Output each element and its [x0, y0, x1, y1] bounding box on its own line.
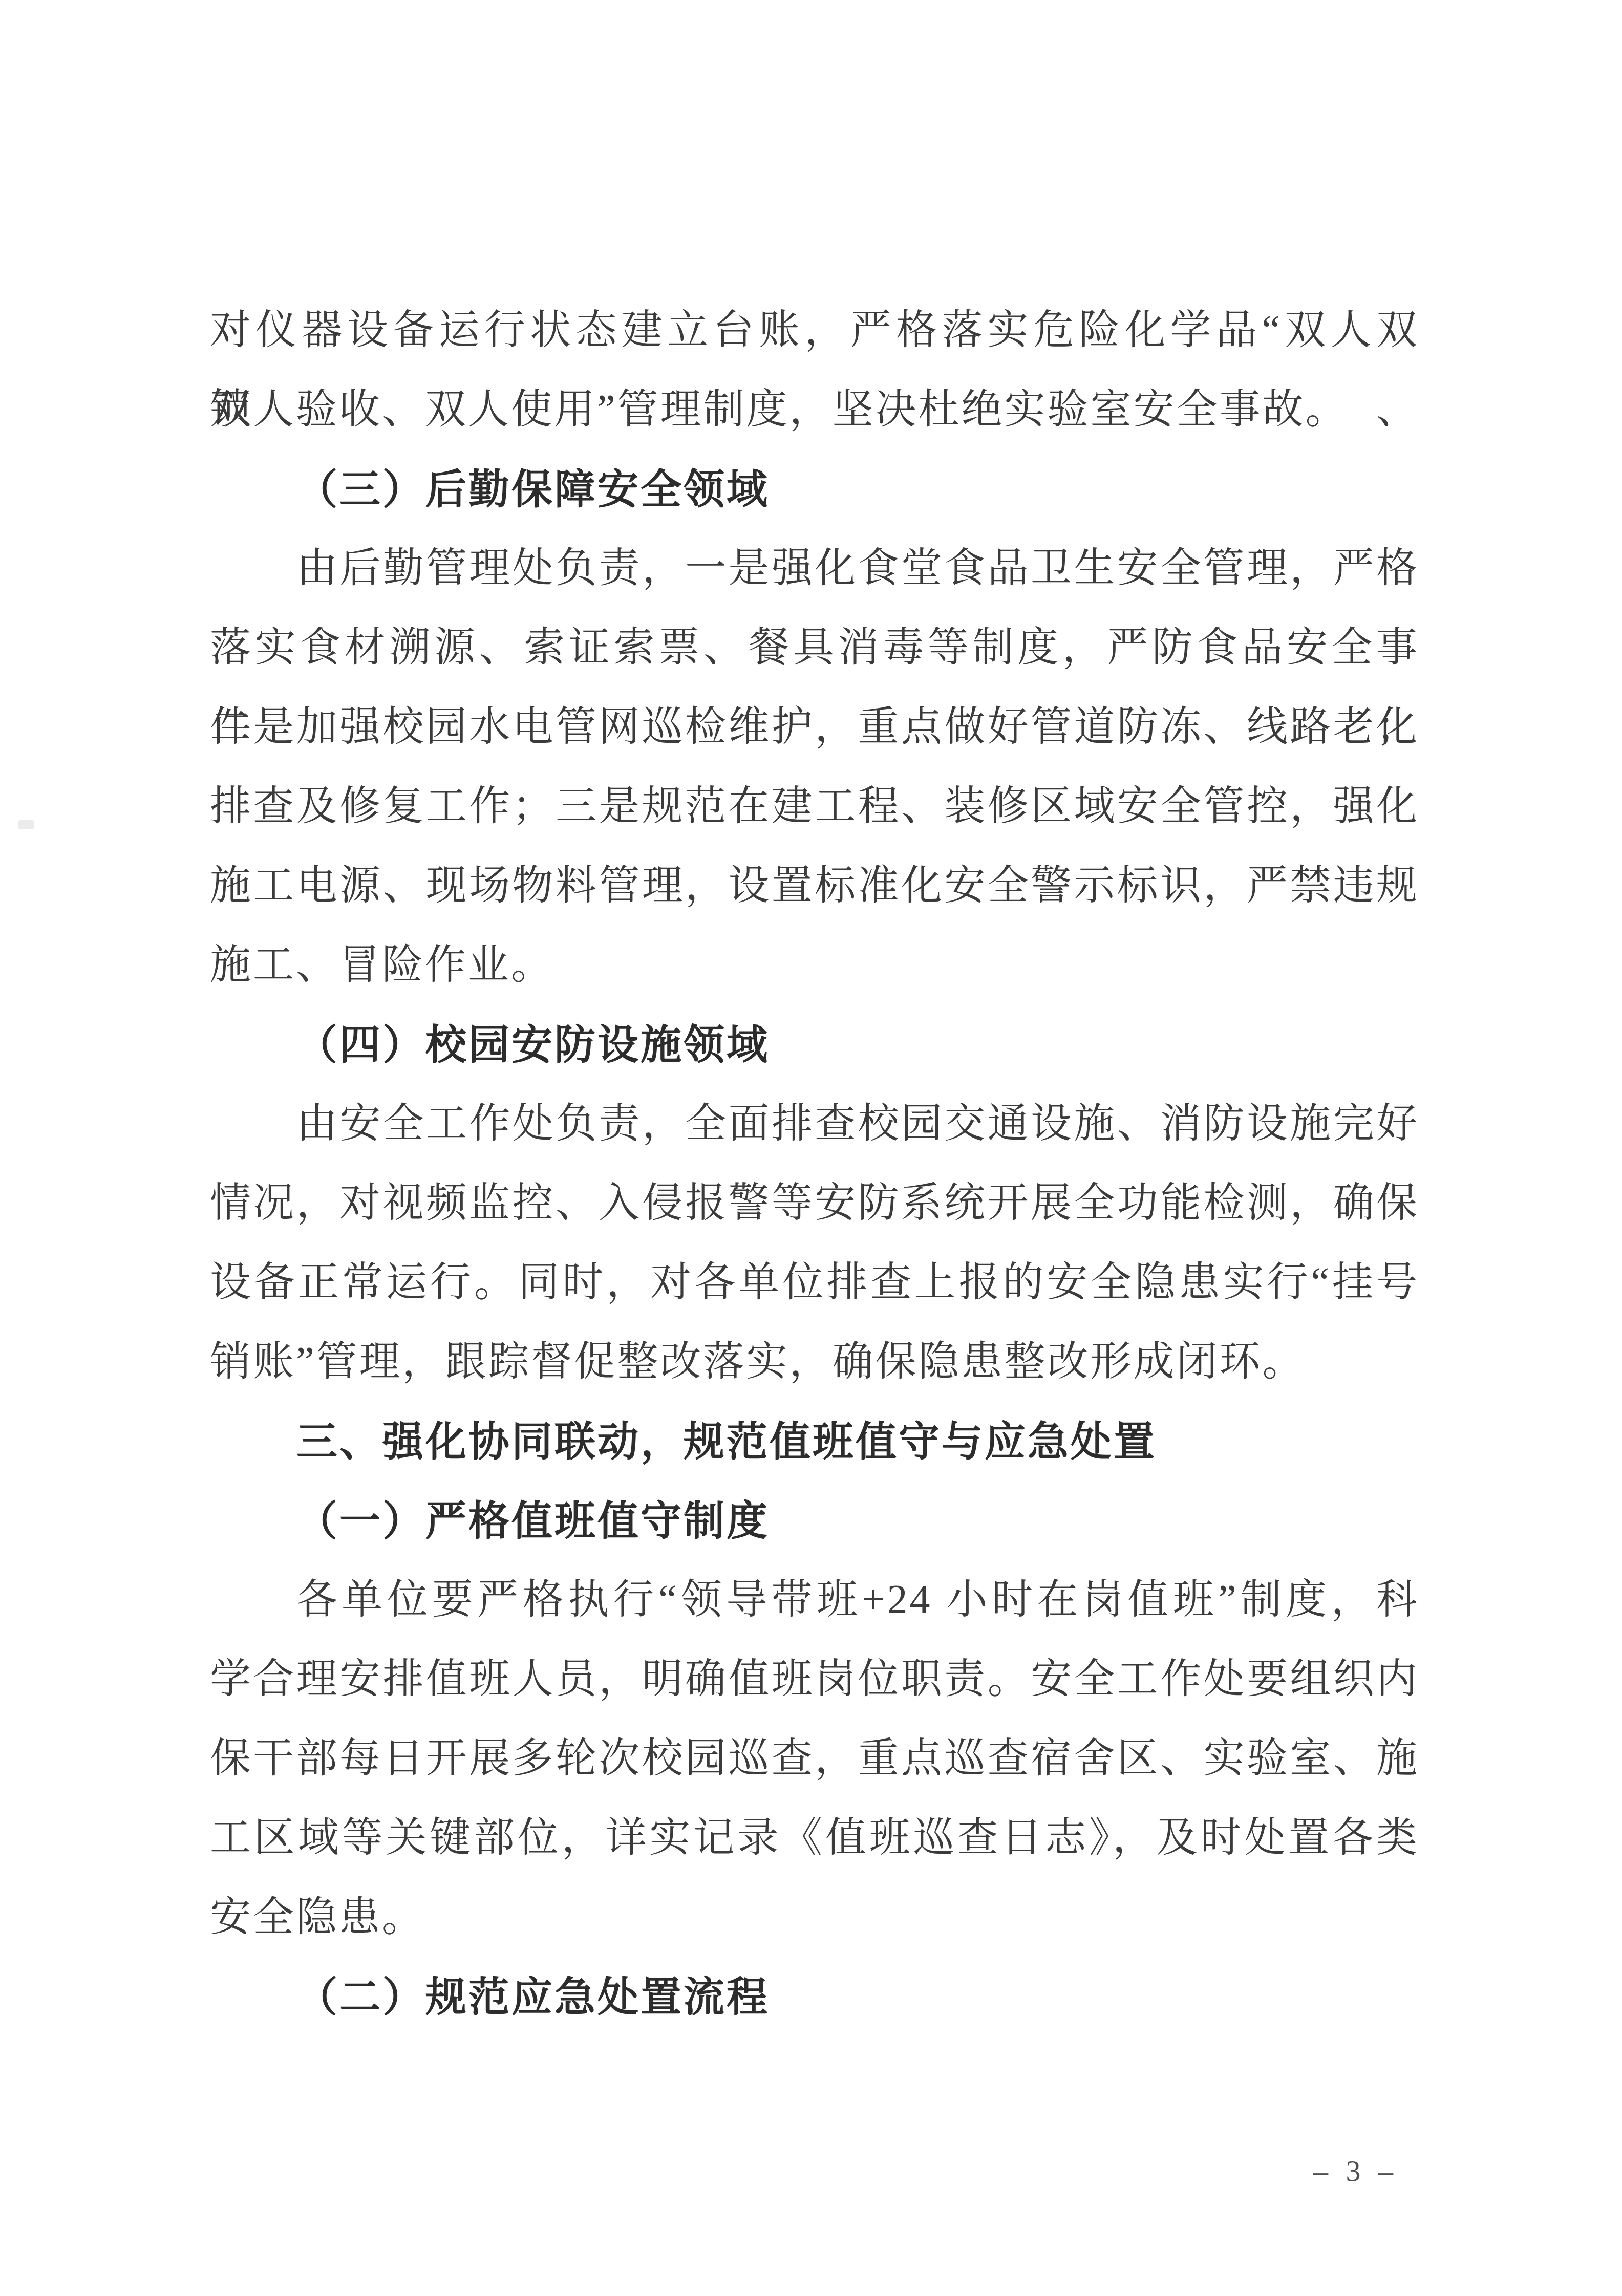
text-line: 由后勤管理处负责，一是强化食堂食品卫生安全管理，严格 — [210, 529, 1419, 608]
scan-artifact-smudge — [18, 820, 34, 829]
text-line: 情况，对视频监控、入侵报警等安防系统开展全功能检测，确保 — [210, 1164, 1419, 1243]
text-line: 保干部每日开展多轮次校园巡查，重点巡查宿舍区、实验室、施 — [210, 1719, 1419, 1798]
text-line: 学合理安排值班人员，明确值班岗位职责。安全工作处要组织内 — [210, 1640, 1419, 1719]
document-body: 对仪器设备运行状态建立台账，严格落实危险化学品“双人双锁、 双人验收、双人使用”… — [210, 291, 1419, 2036]
section-heading: （一）严格值班值守制度 — [210, 1481, 1419, 1560]
text-line: 销账”管理，跟踪督促整改落实，确保隐患整改形成闭环。 — [210, 1322, 1419, 1402]
text-line: 对仪器设备运行状态建立台账，严格落实危险化学品“双人双锁、 — [210, 291, 1419, 370]
text-line: 施工、冒险作业。 — [210, 926, 1419, 1005]
text-line: 各单位要严格执行“领导带班+24 小时在岗值班”制度，科 — [210, 1560, 1419, 1640]
text-line: 双人验收、双人使用”管理制度，坚决杜绝实验室安全事故。 — [210, 370, 1419, 449]
text-line: 排查及修复工作；三是规范在建工程、装修区域安全管控，强化 — [210, 767, 1419, 846]
page-number: – 3 – — [1313, 2148, 1398, 2194]
text-line: 落实食材溯源、索证索票、餐具消毒等制度，严防食品安全事件； — [210, 608, 1419, 688]
section-heading: （三）后勤保障安全领域 — [210, 449, 1419, 529]
text-line: 工区域等关键部位，详实记录《值班巡查日志》，及时处置各类 — [210, 1798, 1419, 1878]
text-line: 二是加强校园水电管网巡检维护，重点做好管道防冻、线路老化 — [210, 688, 1419, 767]
text-line: 安全隐患。 — [210, 1878, 1419, 1957]
document-page: 对仪器设备运行状态建立台账，严格落实危险化学品“双人双锁、 双人验收、双人使用”… — [0, 0, 1622, 2296]
text-line: 设备正常运行。同时，对各单位排查上报的安全隐患实行“挂号 — [210, 1243, 1419, 1322]
text-line: 施工电源、现场物料管理，设置标准化安全警示标识，严禁违规 — [210, 846, 1419, 926]
text-line: 由安全工作处负责，全面排查校园交通设施、消防设施完好 — [210, 1084, 1419, 1164]
section-heading: （四）校园安防设施领域 — [210, 1005, 1419, 1084]
section-heading: （二）规范应急处置流程 — [210, 1957, 1419, 2036]
section-heading: 三、强化协同联动，规范值班值守与应急处置 — [210, 1402, 1419, 1481]
